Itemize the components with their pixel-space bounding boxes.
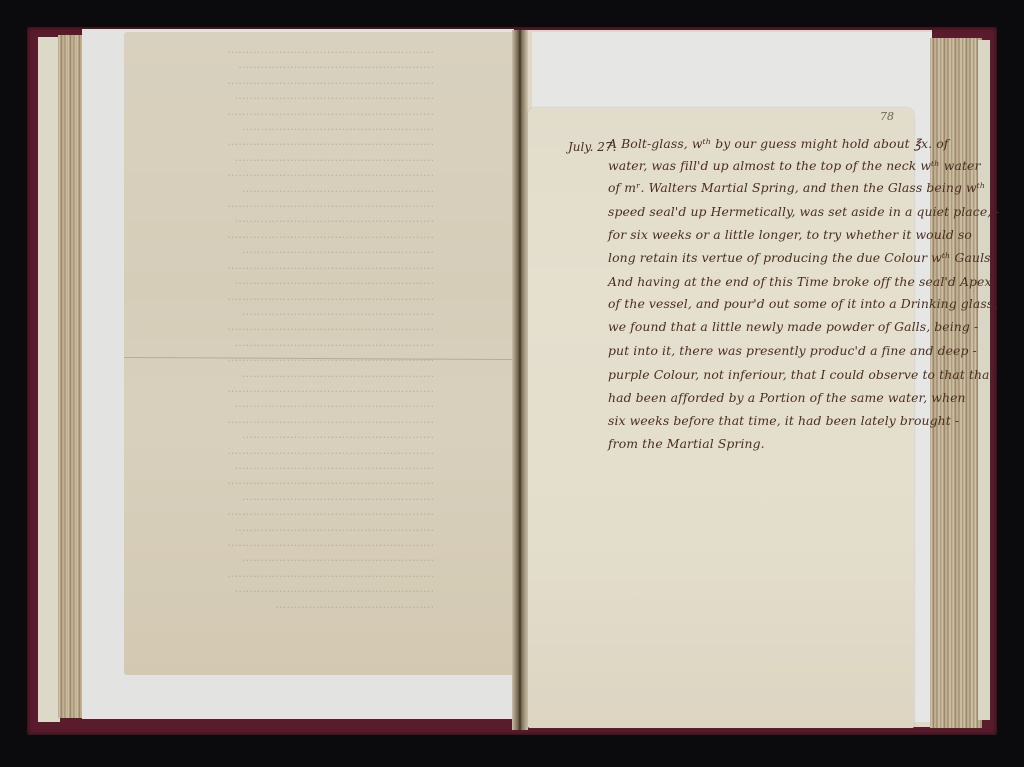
text-line: put into it, there was presently produc'… <box>608 343 977 358</box>
text-line: long retain its vertue of producing the … <box>608 250 995 265</box>
text-line: of the vessel, and pour'd out some of it… <box>608 296 997 311</box>
text-line: we found that a little newly made powder… <box>608 319 978 334</box>
text-line: speed seal'd up Hermetically, was set as… <box>608 204 1000 219</box>
text-line: had been afforded by a Portion of the sa… <box>608 390 966 405</box>
left-manuscript-leaf: ........................................… <box>124 32 514 675</box>
text-line: of mʳ. Walters Martial Spring, and then … <box>608 180 985 195</box>
text-line: from the Martial Spring. <box>608 436 765 451</box>
left-endpaper <box>38 37 60 722</box>
text-line: And having at the end of this Time broke… <box>608 274 992 289</box>
folio-number: 78 <box>880 110 894 123</box>
text-line: A Bolt-glass, wᵗʰ by our guess might hol… <box>608 136 948 151</box>
text-line: water, was fill'd up almost to the top o… <box>608 158 981 173</box>
text-line: for six weeks or a little longer, to try… <box>608 227 972 242</box>
bleed-through-text: ........................................… <box>184 42 434 612</box>
text-line: six weeks before that time, it had been … <box>608 413 959 428</box>
text-line: purple Colour, not inferiour, that I cou… <box>608 367 995 382</box>
gutter <box>512 30 528 730</box>
